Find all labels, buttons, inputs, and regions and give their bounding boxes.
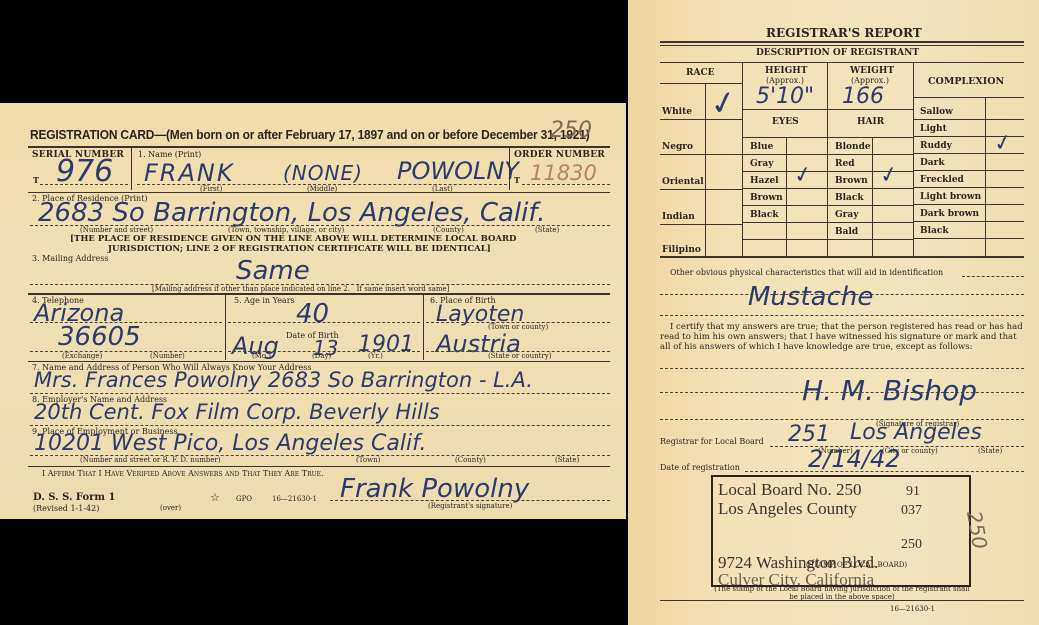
- name-middle: (NONE): [283, 161, 363, 185]
- name-first: FRANK: [144, 159, 235, 187]
- race-negro: Negro: [662, 142, 693, 152]
- report-title: REGISTRAR'S REPORT: [766, 26, 922, 40]
- dob-year: 1901: [358, 332, 414, 357]
- race-oriental: Oriental: [662, 177, 704, 187]
- height-value: 5'10": [756, 84, 814, 109]
- employment-place-value: 10201 West Pico, Los Angeles Calif.: [34, 431, 426, 456]
- mailing-address-value: Same: [236, 256, 310, 286]
- stamp-line1: Local Board No. 250: [718, 480, 862, 500]
- print-code: 16—21630-1: [272, 495, 317, 503]
- serial-prefix: T: [33, 175, 39, 185]
- name-last: POWOLNY: [397, 157, 519, 185]
- board-annotation: 250: [550, 118, 592, 143]
- other-characteristics-label: Other obvious physical characteristics t…: [670, 268, 943, 277]
- registration-date-value: 2/14/42: [808, 445, 901, 473]
- section-title: DESCRIPTION OF REGISTRANT: [756, 48, 919, 58]
- order-number-label: ORDER NUMBER: [514, 150, 605, 160]
- registrar-signature: H. M. Bishop: [802, 374, 977, 407]
- age-label: 5. Age in Years: [234, 296, 295, 305]
- contact-person-value: Mrs. Frances Powolny 2683 So Barrington …: [34, 368, 533, 392]
- report-print-code: 16—21630-1: [890, 605, 935, 613]
- weight-value: 166: [842, 84, 884, 109]
- stamp-line2: Los Angeles County: [718, 499, 857, 519]
- race-indian: Indian: [662, 212, 695, 222]
- other-characteristics-value: Mustache: [748, 282, 873, 312]
- stamp-instruction: (The stamp of the Local Board having jur…: [712, 585, 972, 601]
- mailing-address-label: 3. Mailing Address: [32, 254, 108, 263]
- card-title: REGISTRATION CARD—(Men born on or after …: [30, 127, 590, 142]
- form-revised: (Revised 1-1-42): [33, 504, 99, 513]
- employer-value: 20th Cent. Fox Film Corp. Beverly Hills: [34, 400, 440, 424]
- local-board-label: Registrar for Local Board: [660, 437, 764, 446]
- local-board-number: 251: [788, 422, 830, 447]
- race-white: White: [662, 107, 692, 117]
- registration-date-label: Date of registration: [660, 463, 740, 472]
- telephone-number: 36605: [58, 322, 141, 352]
- certification-text: I certify that my answers are true; that…: [660, 322, 1026, 352]
- race-filipino: Filipino: [662, 245, 701, 255]
- age-value: 40: [296, 299, 329, 329]
- local-board-city: Los Angeles: [850, 420, 982, 445]
- residence-value: 2683 So Barrington, Los Angeles, Calif.: [38, 198, 545, 228]
- affirmation-text: I Affirm That I Have Verified Above Answ…: [42, 469, 324, 478]
- order-number-value: 11830: [530, 161, 597, 185]
- name-label: 1. Name (Print): [138, 150, 201, 159]
- residence-notice: [THE PLACE OF RESIDENCE GIVEN ON THE LIN…: [70, 234, 516, 244]
- form-id: D. S. S. Form 1: [33, 492, 115, 503]
- star-icon: ☆: [210, 491, 220, 504]
